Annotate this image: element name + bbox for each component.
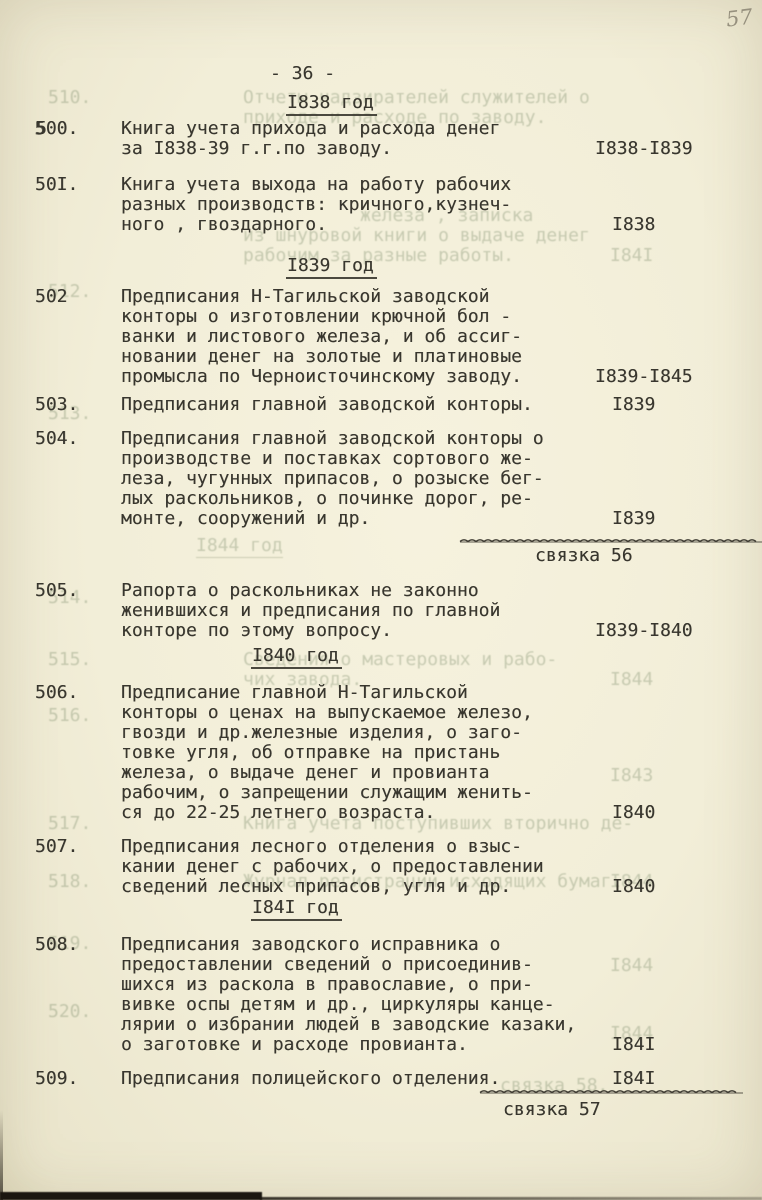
- entry-description: Рапорта о раскольниках не законно женивш…: [121, 581, 591, 641]
- entry-number: 505.: [35, 581, 78, 601]
- entry-date: I839-I845: [595, 367, 693, 387]
- bleedthrough-text: I844 год: [196, 536, 283, 558]
- entry-number: 506.: [35, 683, 78, 703]
- scan-edge-shadow: [0, 1192, 262, 1200]
- entry-number: 50I.: [35, 175, 78, 195]
- section-heading-1840: I840 год: [251, 646, 342, 669]
- entry-date: I838-I839: [595, 139, 693, 159]
- entry-number: 508.: [35, 935, 78, 955]
- entry-date: I84I: [612, 1035, 655, 1055]
- scanned-archive-inventory-page: 510.Отчеты надзирателей служителей оприх…: [0, 0, 762, 1200]
- inventory-entry-501: 50I. Книга учета выхода на работу рабочи…: [35, 175, 750, 235]
- bundle-divider-rule: [480, 1088, 743, 1097]
- section-heading-1841: I84I год: [251, 898, 342, 921]
- inventory-entry-504: 504. Предписания главной заводской конто…: [35, 429, 750, 529]
- inventory-entry-503: 503. Предписания главной заводской конто…: [35, 395, 750, 415]
- page-number: - 36 -: [270, 64, 335, 84]
- entry-description: Предписания лесного отделения о взыс- ка…: [121, 837, 591, 897]
- entry-description: Предписание главной Н-Тагильской конторы…: [121, 683, 591, 823]
- entry-date: I840: [612, 877, 655, 897]
- bundle-label-56: связка 56: [535, 546, 633, 566]
- handwritten-folio-number: 57: [725, 6, 754, 29]
- bundle-label-57: связка 57: [503, 1100, 601, 1120]
- entry-date: I839: [612, 509, 655, 529]
- entry-description: Предписания главной заводской конторы.: [121, 395, 591, 415]
- entry-description: Книга учета выхода на работу рабочих раз…: [121, 175, 591, 235]
- bleedthrough-text: рабочим за разные работы.: [243, 246, 514, 266]
- inventory-entry-505: 505. Рапорта о раскольниках не законно ж…: [35, 581, 750, 641]
- entry-number: 502: [35, 287, 68, 307]
- inventory-entry-509: 509. Предписания полицейского отделения.…: [35, 1069, 750, 1089]
- entry-number: 507.: [35, 837, 78, 857]
- entry-date: I839-I840: [595, 621, 693, 641]
- inventory-entry-506: 506. Предписание главной Н-Тагильской ко…: [35, 683, 750, 823]
- entry-number: 504.: [35, 429, 78, 449]
- section-heading-1838: I838 год: [286, 93, 377, 116]
- inventory-entry-508: 508. Предписания заводского исправника о…: [35, 935, 750, 1055]
- entry-description: Книга учета прихода и расхода денег за I…: [121, 119, 591, 159]
- entry-date: I839: [612, 395, 655, 415]
- entry-number: 509.: [35, 1069, 78, 1089]
- bleedthrough-text: I84I: [610, 246, 653, 266]
- entry-description: Предписания главной заводской конторы о …: [121, 429, 591, 529]
- bleedthrough-text: 515.: [48, 650, 91, 670]
- entry-number: 503.: [35, 395, 78, 415]
- entry-description: Предписания полицейского отделения.: [121, 1069, 591, 1089]
- entry-description: Предписания Н-Тагильской заводской конто…: [121, 287, 591, 387]
- entry-description: Предписания заводского исправника о пред…: [121, 935, 591, 1055]
- entry-number: 500.: [35, 119, 78, 139]
- bleedthrough-text: 510.: [48, 88, 91, 108]
- entry-date: I840: [612, 803, 655, 823]
- entry-date: I838: [612, 215, 655, 235]
- entry-date: I84I: [612, 1069, 655, 1089]
- scan-edge-shadow: [0, 1110, 3, 1200]
- inventory-entry-502: 502 Предписания Н-Тагильской заводской к…: [35, 287, 750, 387]
- inventory-entry-507: 507. Предписания лесного отделения о взы…: [35, 837, 750, 897]
- section-heading-1839: I839 год: [286, 256, 377, 279]
- inventory-entry-500: 500. Книга учета прихода и расхода денег…: [35, 119, 750, 159]
